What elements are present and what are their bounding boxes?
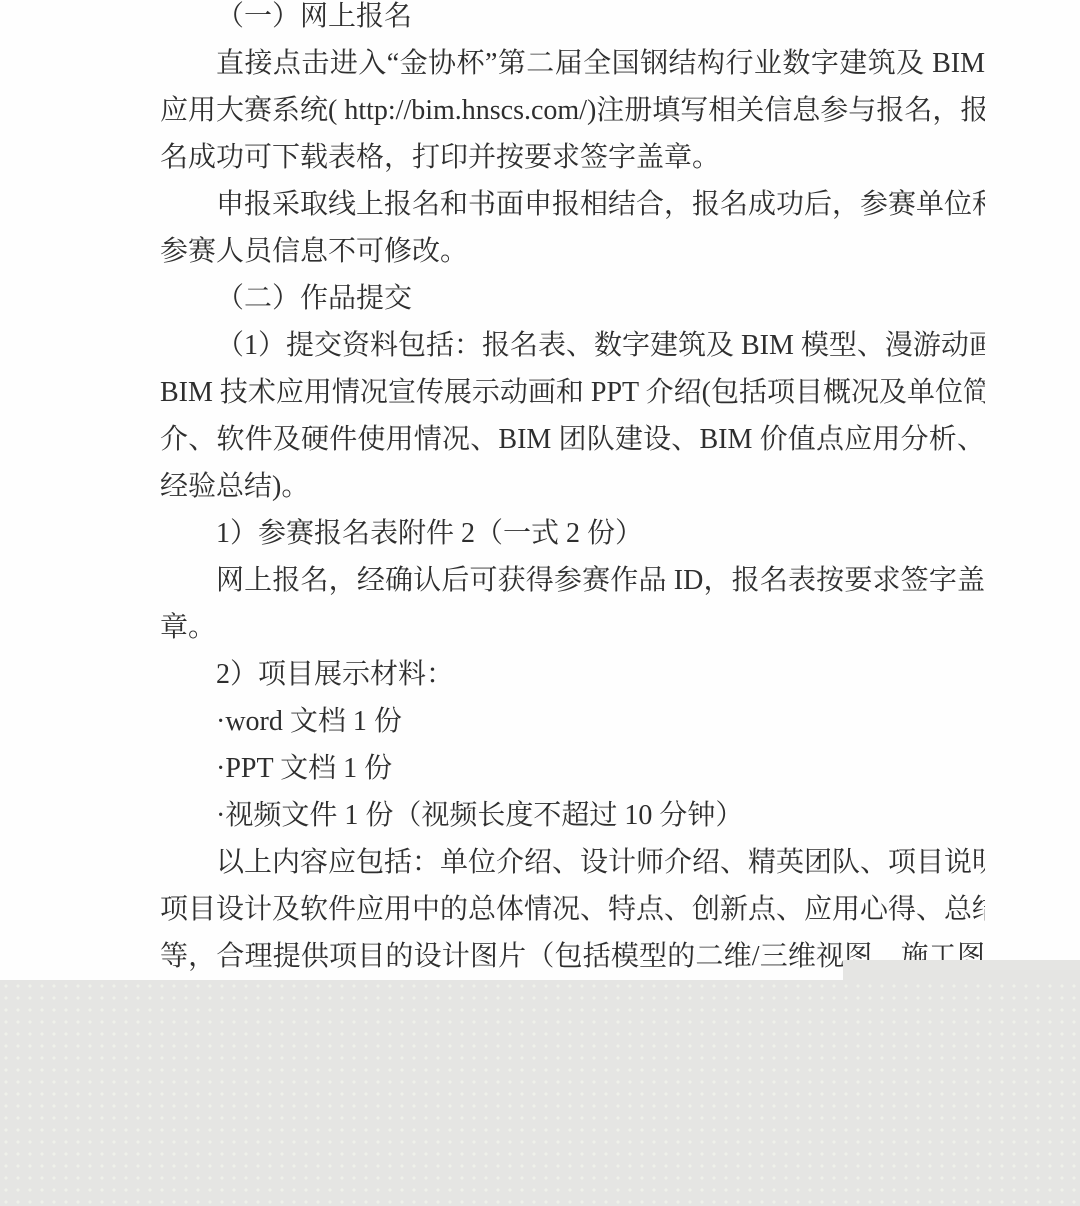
text-line: BIM 技术应用情况宣传展示动画和 PPT 介绍(包括项目概况及单位简 <box>160 369 985 416</box>
document-body: （一）网上报名直接点击进入“金协杯”第二届全国钢结构行业数字建筑及 BIM应用大… <box>160 0 985 980</box>
text-line: 名成功可下载表格，打印并按要求签字盖章。 <box>160 134 985 181</box>
text-line: ·视频文件 1 份（视频长度不超过 10 分钟） <box>160 792 985 839</box>
text-line: 1）参赛报名表附件 2（一式 2 份） <box>160 510 985 557</box>
text-line: （一）网上报名 <box>160 0 985 40</box>
text-line: 参赛人员信息不可修改。 <box>160 228 985 275</box>
text-line: 经验总结)。 <box>160 463 985 510</box>
text-line: 项目设计及软件应用中的总体情况、特点、创新点、应用心得、总结 <box>160 886 985 933</box>
text-line: 章。 <box>160 604 985 651</box>
footer-overlay-step <box>843 960 1080 982</box>
text-line: 应用大赛系统( http://bim.hnscs.com/)注册填写相关信息参与… <box>160 87 985 134</box>
text-line: 申报采取线上报名和书面申报相结合，报名成功后，参赛单位和 <box>160 181 985 228</box>
document-page: （一）网上报名直接点击进入“金协杯”第二届全国钢结构行业数字建筑及 BIM应用大… <box>0 0 1080 1206</box>
text-line: 网上报名，经确认后可获得参赛作品 ID，报名表按要求签字盖 <box>160 557 985 604</box>
text-line: 以上内容应包括：单位介绍、设计师介绍、精英团队、项目说明、 <box>160 839 985 886</box>
text-line: 2）项目展示材料： <box>160 651 985 698</box>
text-line: （二）作品提交 <box>160 275 985 322</box>
text-line: ·PPT 文档 1 份 <box>160 745 985 792</box>
footer-area <box>0 980 1080 1206</box>
text-line: 直接点击进入“金协杯”第二届全国钢结构行业数字建筑及 BIM <box>160 40 985 87</box>
text-line: ·word 文档 1 份 <box>160 698 985 745</box>
text-line: （1）提交资料包括：报名表、数字建筑及 BIM 模型、漫游动画、 <box>160 322 985 369</box>
text-line: 介、软件及硬件使用情况、BIM 团队建设、BIM 价值点应用分析、 <box>160 416 985 463</box>
